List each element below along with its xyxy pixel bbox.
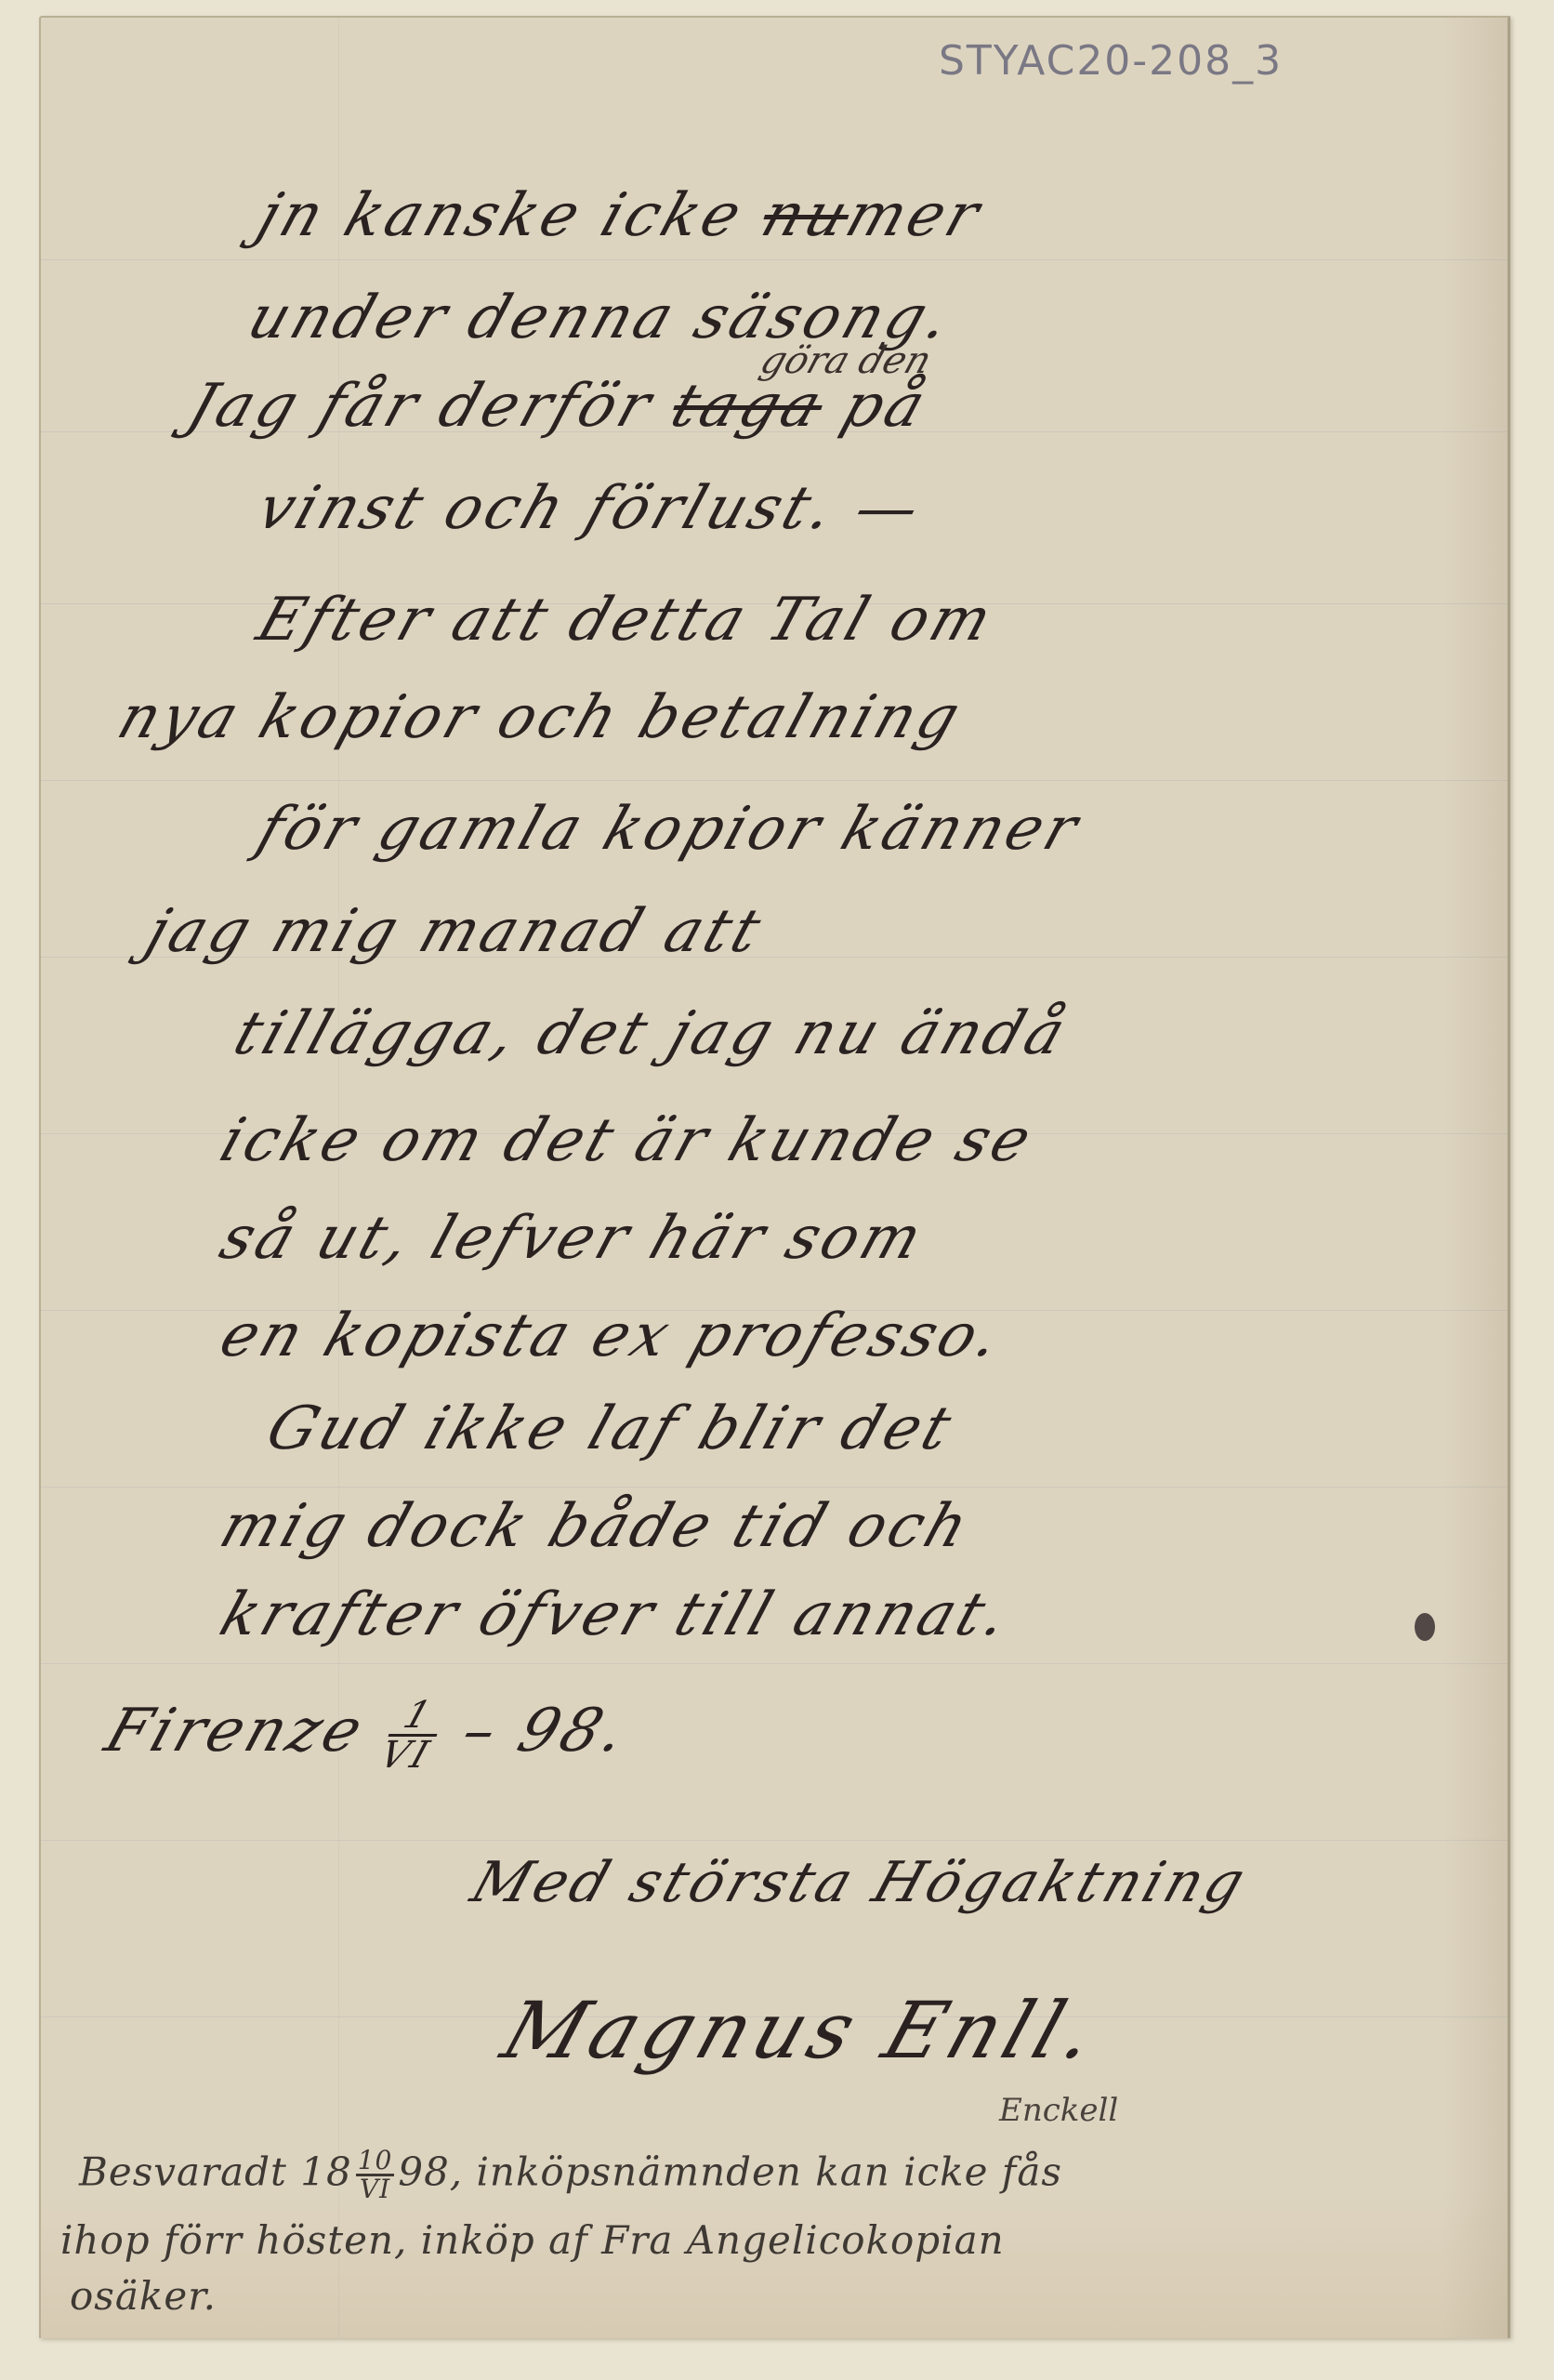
ruled-line [41,1663,1508,1664]
dateline: Firenze 1 VI – 98. [95,1697,639,1774]
body-line-14: mig dock både tid och [212,1492,980,1561]
body-line-12: en kopista ex professo. [212,1302,1012,1370]
struck-word: taga [663,372,833,441]
body-line-6: nya kopior och betalning [110,683,971,752]
body-line-10: icke om det är kunde se [212,1106,1043,1175]
body-line-1: jn kanske icke numer [249,181,991,250]
annotation-line-3: osäker. [70,2273,217,2319]
body-line-15: krafter öfver till annat. [212,1580,1020,1649]
ruled-line [41,1487,1508,1487]
signature-gloss: Enckell [999,2092,1118,2129]
paper-fold [338,18,339,2338]
annotation-line-2: ihop förr hösten, inköp af Fra Angelicok… [60,2217,1005,2263]
dateline-place: Firenze [97,1697,374,1765]
body-line-8: jag mig manad att [138,897,772,966]
annotation-date-fraction: 10VI [356,2148,395,2202]
ruled-line [41,259,1508,260]
ruled-line [41,1840,1508,1841]
body-line-9: tillägga, det jag nu ändå [226,999,1077,1068]
ink-blot [1415,1613,1435,1641]
body-line-7: för gamla kopior känner [249,795,1089,864]
dateline-date-fraction: 1 VI [375,1697,450,1774]
body-line-5: Efter att detta Tal om [249,586,1004,654]
dateline-year: 98. [509,1697,638,1765]
body-line-4: vinst och förlust. — [249,474,931,543]
body-line-13: Gud ikke laf blir det [258,1395,963,1463]
closing-salutation: Med största Högaktning [464,1850,1257,1915]
signature: Magnus Enll. [492,1985,1113,2076]
annotation-line-1: Besvaradt 1810VI98, inköpsnämnden kan ic… [79,2148,1062,2202]
ruled-line [41,780,1508,781]
body-line-3: Jag får derför taga på [179,372,937,441]
body-line-11: så ut, lefver här som [212,1204,933,1273]
archive-id-stamp: STYAC20-208_3 [939,37,1283,85]
